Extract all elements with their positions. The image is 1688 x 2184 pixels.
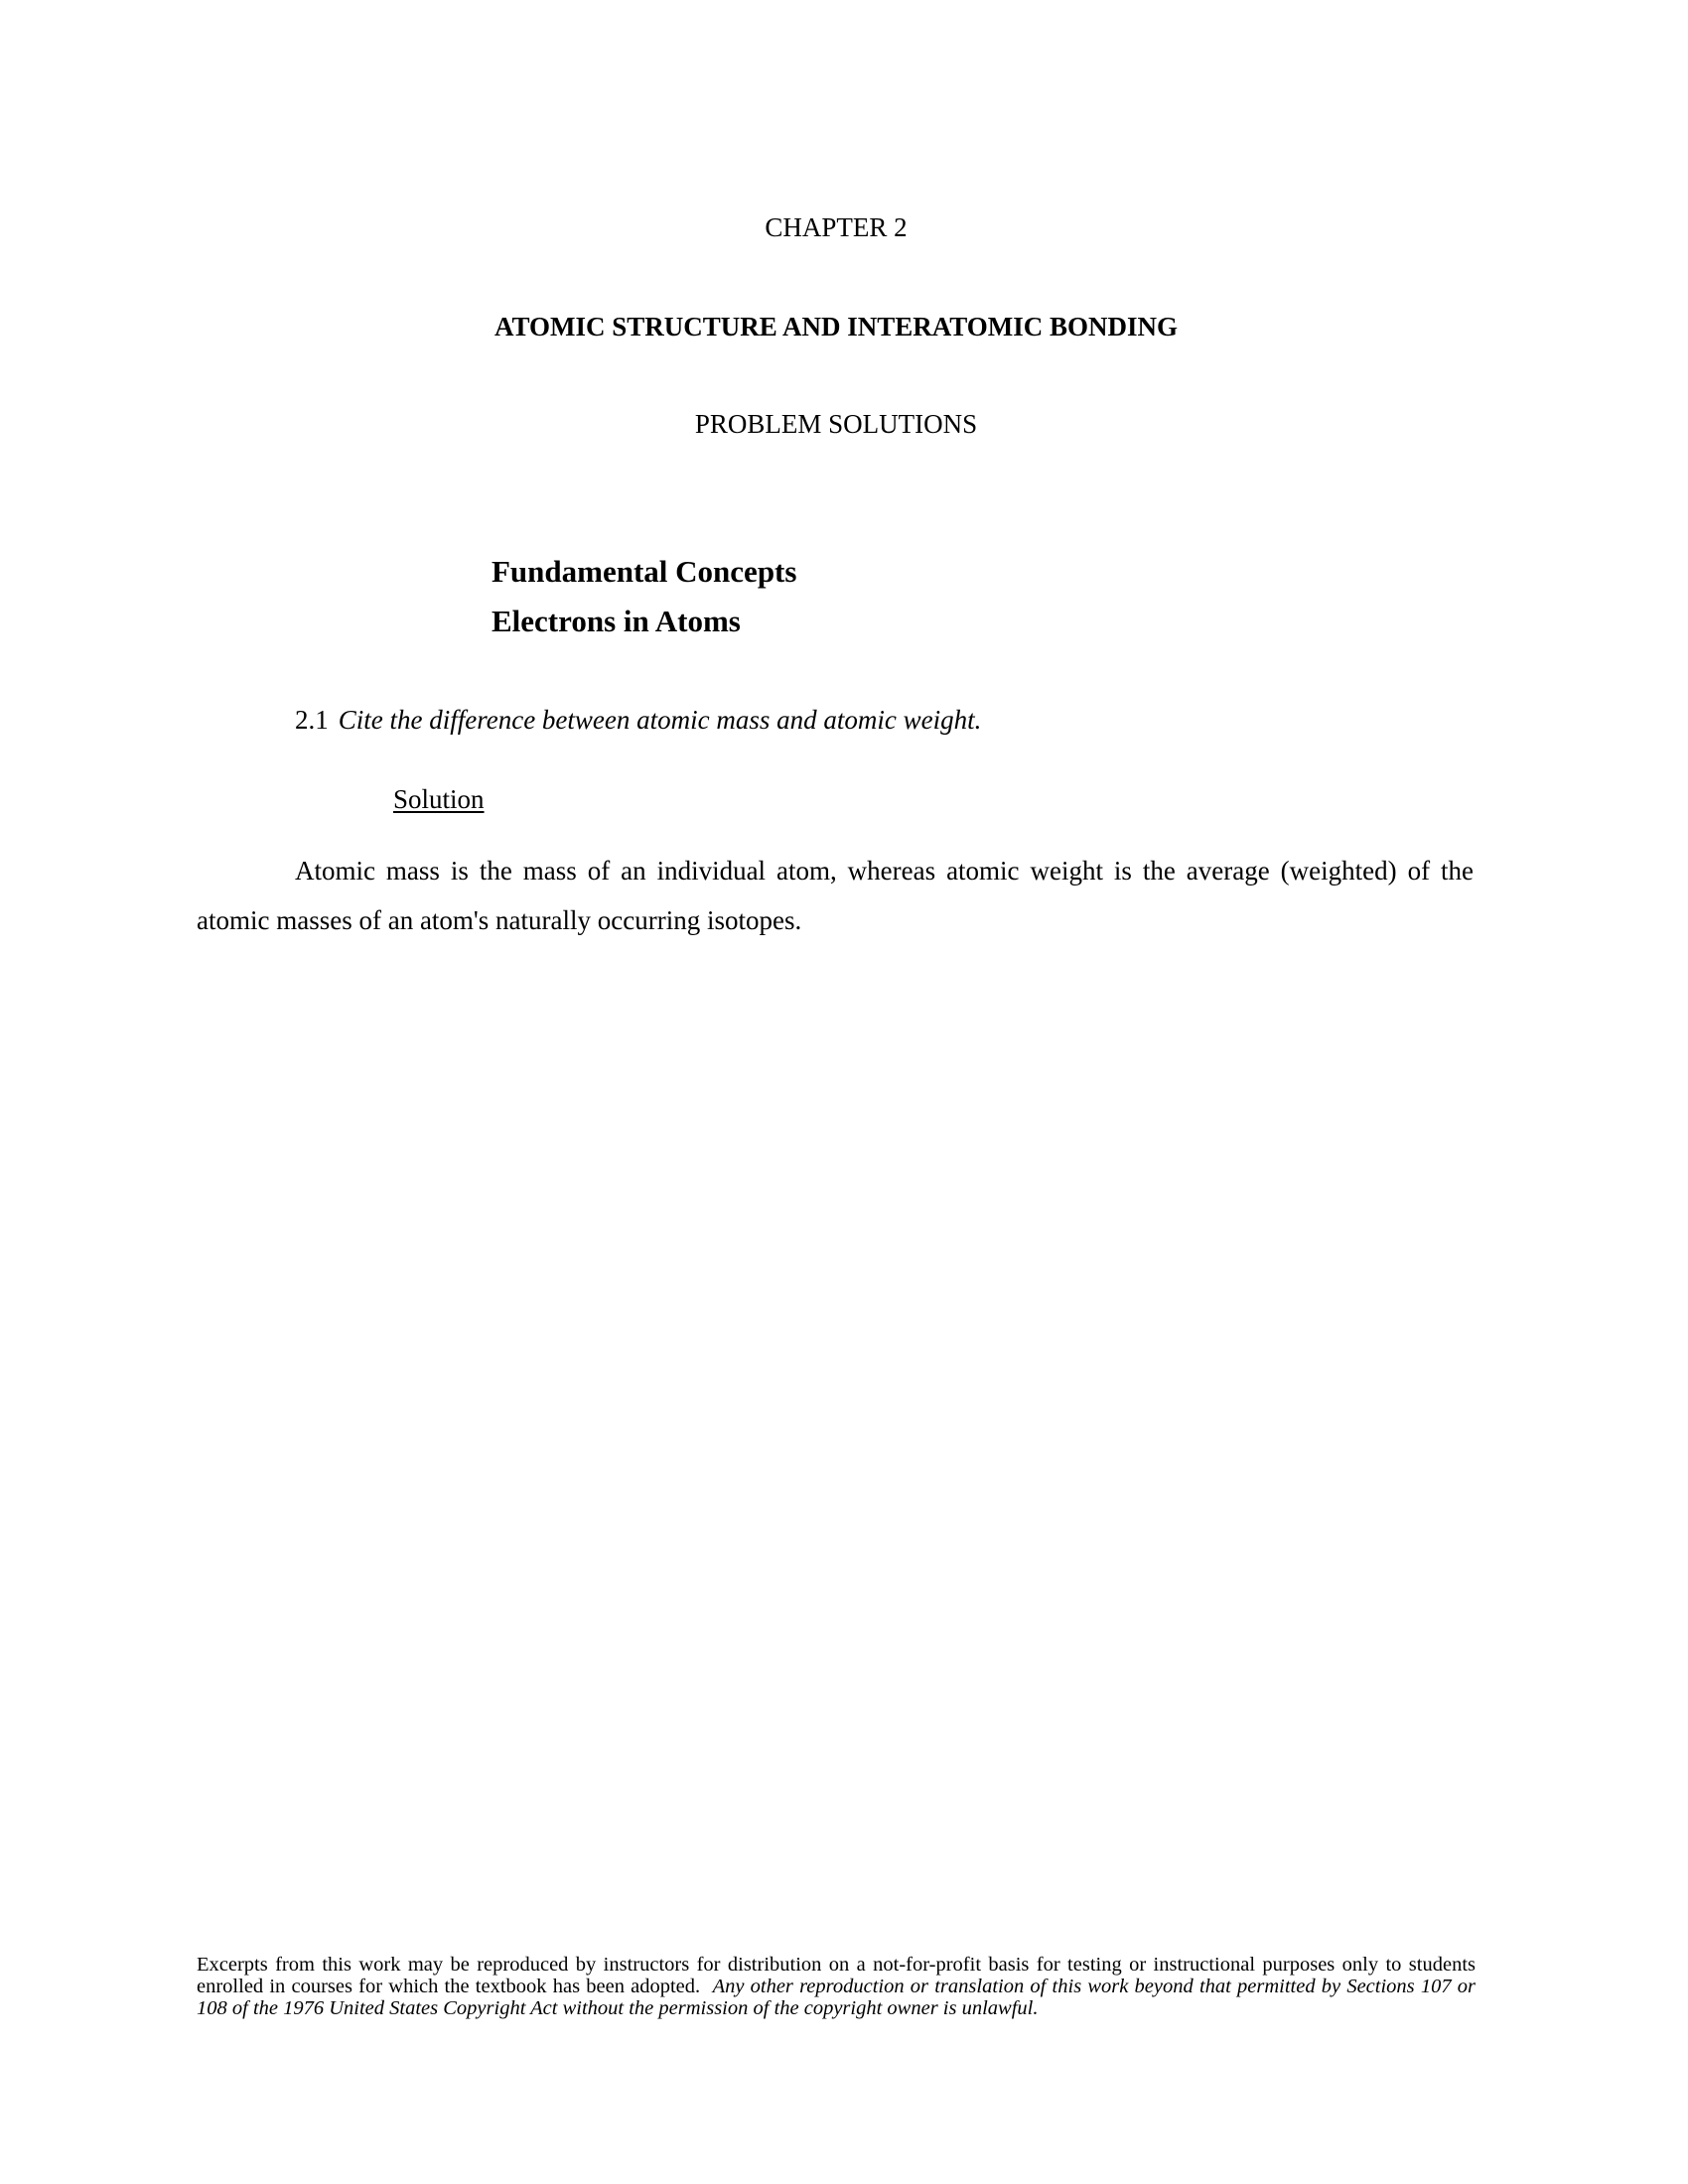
section-heading-electrons-in-atoms: Electrons in Atoms <box>492 604 741 639</box>
problem-question: Cite the difference between atomic mass … <box>339 705 982 735</box>
page-subtitle: PROBLEM SOLUTIONS <box>0 409 1672 440</box>
chapter-title: ATOMIC STRUCTURE AND INTERATOMIC BONDING <box>0 312 1672 342</box>
solution-text: Atomic mass is the mass of an individual… <box>197 846 1474 945</box>
problem-statement: 2.1Cite the difference between atomic ma… <box>295 705 981 736</box>
section-heading-fundamental-concepts: Fundamental Concepts <box>492 554 796 590</box>
copyright-footer: Excerpts from this work may be reproduce… <box>197 1954 1476 2019</box>
solution-label: Solution <box>393 784 485 815</box>
chapter-label: CHAPTER 2 <box>0 212 1672 243</box>
problem-number: 2.1 <box>295 705 329 735</box>
